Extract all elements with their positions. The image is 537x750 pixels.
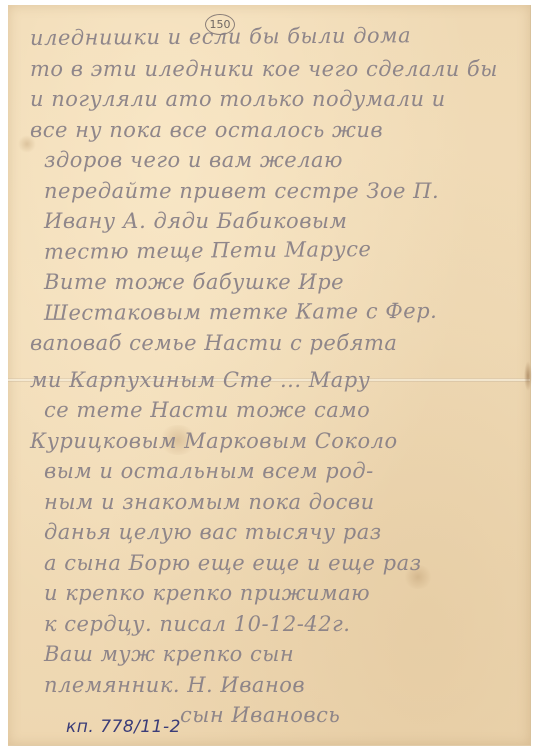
letter-line: ным и знакомым пока досви (30, 487, 530, 518)
letter-line: передайте привет сестре Зое П. (30, 176, 530, 207)
letter-line: ваповаб семье Насти с ребята (30, 328, 530, 359)
letter-line: ми Карпухиным Сте ... Мару (30, 365, 530, 396)
letter-line: Ивану А. дяди Бабиковым (30, 206, 530, 237)
letter-line: здоров чего и вам желаю (30, 145, 530, 176)
letter-line: Курицковым Марковым Соколо (30, 426, 530, 457)
letter-line: и крепко крепко прижимаю (30, 578, 530, 609)
letter-line: се тете Насти тоже само (30, 395, 530, 426)
letter-line: данья целую вас тысячу раз (30, 517, 530, 548)
letter-line: Шестаковым тетке Кате с Фер. (30, 295, 530, 328)
letter-line: Вите тоже бабушке Ире (30, 267, 530, 298)
letter-line: а сына Борю еще еще и еще раз (30, 548, 530, 579)
letter-line: иледнишки и если бы были дома (30, 20, 530, 54)
archive-inventory-mark: кп. 778/11-2 (66, 717, 181, 737)
letter-line: и погуляли ато только подумали и (30, 84, 530, 115)
letter-line: то в эти иледники кое чего сделали бы (30, 54, 530, 85)
letter-line: к сердцу. писал 10-12-42г. (30, 609, 530, 640)
letter-text: иледнишки и если бы были дома то в эти и… (30, 23, 530, 731)
letter-line: все ну пока все осталось жив (30, 115, 530, 146)
letter-line: племянник. Н. Иванов (30, 670, 530, 701)
letter-line: вым и остальным всем род- (30, 456, 530, 487)
letter-line: Ваш муж крепко сын (30, 639, 530, 670)
letter-page: 150 иледнишки и если бы были дома то в э… (8, 5, 531, 746)
letter-line: тестю теще Пети Марусе (30, 232, 530, 267)
